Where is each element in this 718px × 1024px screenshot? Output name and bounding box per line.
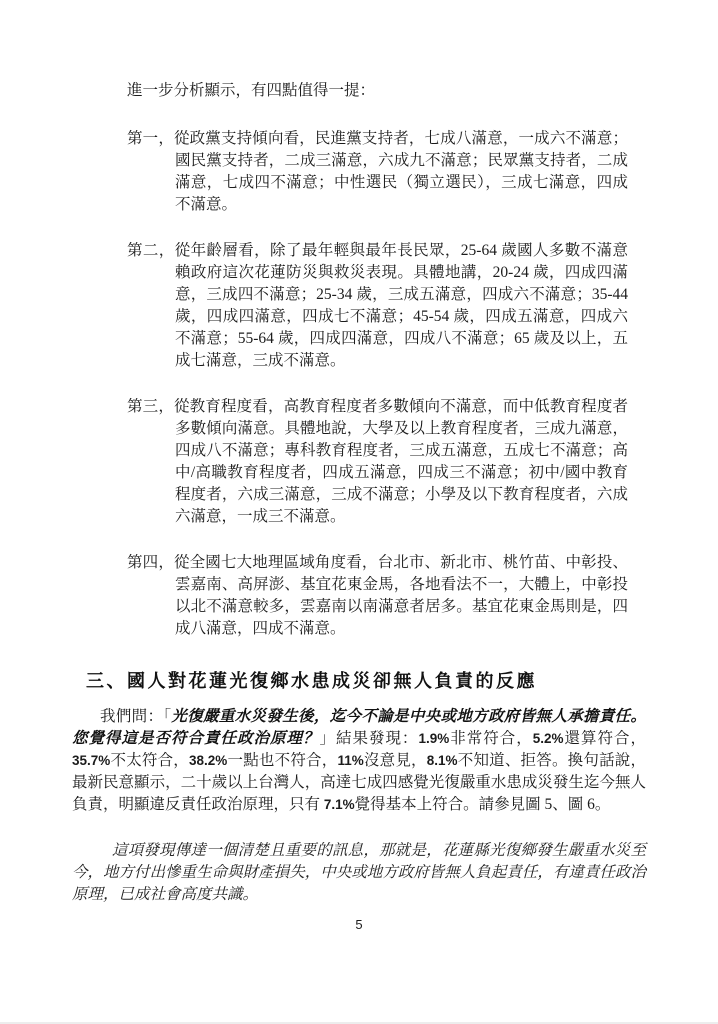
point-label: 第三，	[127, 398, 174, 415]
percentage-value: 8.1%	[427, 753, 458, 768]
point-text: 從教育程度看，高教育程度者多數傾向不滿意，而中低教育程度者多數傾向滿意。具體地說…	[174, 398, 628, 525]
percentage-value: 35.7%	[72, 753, 110, 768]
document-page: 進一步分析顯示，有四點值得一提： 第一，從政黨支持傾向看，民進黨支持者，七成八滿…	[0, 0, 718, 1024]
percentage-value: 5.2%	[533, 731, 564, 746]
result-text: 覺得基本上符合。請參見圖 5、圖 6。	[355, 796, 611, 813]
result-text: 不太符合，	[110, 752, 189, 769]
percentage-value: 7.1%	[324, 797, 355, 812]
result-text: 一點也不符合，	[227, 752, 337, 769]
numbered-point-3: 第三，從教育程度看，高教育程度者多數傾向不滿意，而中低教育程度者多數傾向滿意。具…	[127, 396, 628, 528]
point-text: 從政黨支持傾向看，民進黨支持者，七成八滿意，一成六不滿意；國民黨支持者，二成三滿…	[174, 130, 628, 213]
section-heading: 三、國人對花蓮光復鄉水患成災卻無人負責的反應	[86, 668, 646, 694]
percentage-value: 38.2%	[189, 753, 227, 768]
conclusion-paragraph: 這項發現傳達一個清楚且重要的訊息，那就是，花蓮縣光復鄉發生嚴重水災至今，地方付出…	[72, 840, 646, 906]
numbered-points-list: 第一，從政黨支持傾向看，民進黨支持者，七成八滿意，一成六不滿意；國民黨支持者，二…	[72, 128, 646, 640]
survey-result-paragraph: 我們問：「光復嚴重水災發生後，迄今不論是中央或地方政府皆無人承擔責任。您覺得這是…	[72, 706, 646, 816]
intro-paragraph: 進一步分析顯示，有四點值得一提：	[127, 80, 646, 102]
page-number: 5	[72, 914, 646, 936]
percentage-value: 1.9%	[418, 731, 449, 746]
result-text: 」結果發現：	[319, 730, 418, 747]
percentage-value: 11%	[337, 753, 363, 768]
numbered-point-2: 第二，從年齡層看，除了最年輕與最年長民眾，25-64 歲國人多數不滿意賴政府這次…	[127, 240, 628, 372]
result-text: 還算符合，	[563, 730, 645, 747]
numbered-point-4: 第四，從全國七大地理區域角度看，台北市、新北市、桃竹苗、中彰投、雲嘉南、高屏澎、…	[127, 552, 628, 640]
point-label: 第一，	[127, 130, 174, 147]
point-text: 從全國七大地理區域角度看，台北市、新北市、桃竹苗、中彰投、雲嘉南、高屏澎、基宜花…	[174, 554, 628, 637]
result-text: 非常符合，	[449, 730, 532, 747]
result-text: 沒意見，	[364, 752, 427, 769]
point-text: 從年齡層看，除了最年輕與最年長民眾，25-64 歲國人多數不滿意賴政府這次花蓮防…	[175, 242, 628, 369]
numbered-point-1: 第一，從政黨支持傾向看，民進黨支持者，七成八滿意，一成六不滿意；國民黨支持者，二…	[127, 128, 628, 216]
result-text: 我們問：「	[100, 708, 171, 725]
point-label: 第二，	[127, 242, 175, 259]
point-label: 第四，	[127, 554, 174, 571]
